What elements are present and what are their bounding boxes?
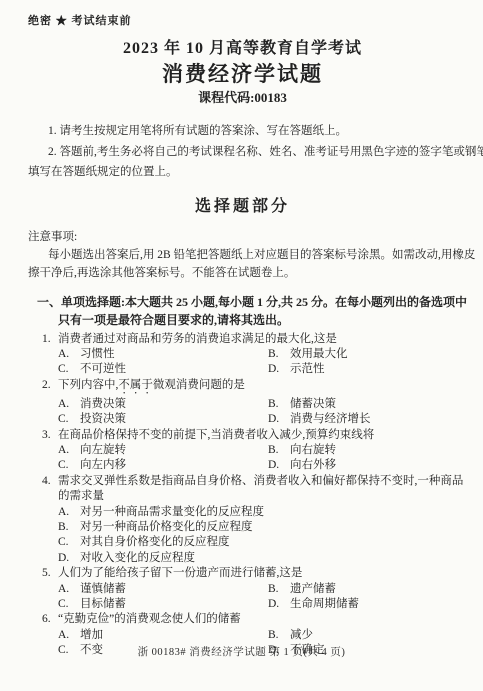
question-2-stem: 2. 下列内容中,不属于微观消费问题的是 [28, 378, 457, 397]
stem-post: 微观消费问题的是 [153, 379, 245, 391]
question-text: 人们为了能给孩子留下一份遗产而进行储蓄,这是 [58, 566, 302, 581]
option-text: 向左内移 [80, 459, 126, 471]
page-footer: 浙 00183# 消费经济学试题 第 1 页(共 4 页) [0, 644, 483, 659]
question-number: 1. [42, 332, 58, 347]
question-4-stem-line2: 的需求量 [28, 489, 457, 504]
stem-pre: 下列内容中, [58, 379, 118, 391]
question-3: 3. 在商品价格保持不变的前提下,当消费者收入减少,预算约束线将 A.向左旋转 … [28, 428, 457, 474]
option-label: A. [58, 505, 72, 520]
question-1-stem: 1. 消费者通过对商品和劳务的消费追求满足的最大化,这是 [28, 332, 457, 347]
question-4: 4. 需求交叉弹性系数是指商品自身价格、消费者收入和偏好都保持不变时,一种商品 … [28, 474, 457, 566]
option-c: C.向左内移 [58, 458, 268, 473]
option-text: 不可逆性 [80, 363, 126, 375]
option-label: C. [58, 412, 72, 427]
option-a: A.对另一种商品需求量变化的反应程度 [58, 505, 457, 520]
question-1: 1. 消费者通过对商品和劳务的消费追求满足的最大化,这是 A.习惯性 B.效用最… [28, 332, 457, 378]
paper-title: 消费经济学试题 [28, 62, 457, 88]
notes-label: 注意事项: [28, 228, 457, 246]
question-number: 5. [42, 566, 58, 581]
option-label: C. [58, 458, 72, 473]
course-code: 课程代码:00183 [28, 90, 457, 106]
option-text: 对收入变化的反应程度 [80, 552, 195, 564]
option-text: 投资决策 [80, 413, 126, 425]
part-one-heading-line1: 一、单项选择题:本大题共 25 小题,每小题 1 分,共 25 分。在每小题列出… [28, 293, 457, 311]
question-number: 2. [42, 378, 58, 397]
option-label: B. [268, 582, 282, 597]
option-c: C.目标储蓄 [58, 597, 268, 612]
option-text: 减少 [290, 629, 313, 641]
notes-block: 注意事项: 每小题选出答案后,用 2B 铅笔把答题纸上对应题目的答案标号涂黑。如… [28, 228, 457, 282]
option-text: 遗产储蓄 [290, 583, 336, 595]
question-5: 5. 人们为了能给孩子留下一份遗产而进行储蓄,这是 A.谨慎储蓄 B.遗产储蓄 … [28, 566, 457, 612]
option-label: A. [58, 443, 72, 458]
question-3-options: A.向左旋转 B.向右旋转 C.向左内移 D.向右外移 [58, 443, 457, 474]
question-text: 下列内容中,不属于微观消费问题的是 [58, 378, 245, 397]
option-label: A. [58, 397, 72, 412]
option-label: D. [268, 458, 282, 473]
option-b: B.效用最大化 [268, 347, 457, 362]
instruction-2-line1: 2. 答题前,考生务必将自己的考试课程名称、姓名、准考证号用黑色字迹的签字笔或钢… [28, 142, 457, 163]
question-4-stem: 4. 需求交叉弹性系数是指商品自身价格、消费者收入和偏好都保持不变时,一种商品 [28, 474, 457, 489]
option-label: D. [268, 362, 282, 377]
question-text: “克勤克俭”的消费观念使人们的储蓄 [58, 612, 241, 627]
question-1-options: A.习惯性 B.效用最大化 C.不可逆性 D.示范性 [58, 347, 457, 378]
question-text: 需求交叉弹性系数是指商品自身价格、消费者收入和偏好都保持不变时,一种商品 [58, 474, 463, 489]
option-d: D.生命周期储蓄 [268, 597, 457, 612]
stem-emphasized: 不属于 [118, 379, 153, 391]
question-2: 2. 下列内容中,不属于微观消费问题的是 A.消费决策 B.储蓄决策 C.投资决… [28, 378, 457, 428]
question-number: 4. [42, 474, 58, 489]
option-text: 消费与经济增长 [290, 413, 371, 425]
option-d: D.消费与经济增长 [268, 412, 457, 427]
option-label: D. [268, 597, 282, 612]
option-label: D. [58, 551, 72, 566]
option-c: C.对其自身价格变化的反应程度 [58, 535, 457, 550]
option-c: C.投资决策 [58, 412, 268, 427]
option-label: B. [268, 443, 282, 458]
instruction-1: 1. 请考生按规定用笔将所有试题的答案涂、写在答题纸上。 [28, 121, 457, 142]
question-number: 3. [42, 428, 58, 443]
option-a: A.向左旋转 [58, 443, 268, 458]
question-4-options: A.对另一种商品需求量变化的反应程度 B.对另一种商品价格变化的反应程度 C.对… [58, 505, 457, 567]
option-b: B.遗产储蓄 [268, 582, 457, 597]
question-5-options: A.谨慎储蓄 B.遗产储蓄 C.目标储蓄 D.生命周期储蓄 [58, 582, 457, 613]
option-label: B. [268, 347, 282, 362]
option-label: C. [58, 597, 72, 612]
notes-body-line1: 每小题选出答案后,用 2B 铅笔把答题纸上对应题目的答案标号涂黑。如需改动,用橡… [28, 246, 457, 264]
option-label: C. [58, 362, 72, 377]
option-d: D.示范性 [268, 362, 457, 377]
section-heading: 选择题部分 [28, 197, 457, 217]
option-text: 效用最大化 [290, 348, 348, 360]
option-b: B.对另一种商品价格变化的反应程度 [58, 520, 457, 535]
exam-session-title: 2023 年 10 月高等教育自学考试 [28, 39, 457, 59]
option-label: C. [58, 535, 72, 550]
option-label: B. [268, 397, 282, 412]
option-label: B. [58, 520, 72, 535]
question-5-stem: 5. 人们为了能给孩子留下一份遗产而进行储蓄,这是 [28, 566, 457, 581]
question-list: 1. 消费者通过对商品和劳务的消费追求满足的最大化,这是 A.习惯性 B.效用最… [28, 332, 457, 659]
question-3-stem: 3. 在商品价格保持不变的前提下,当消费者收入减少,预算约束线将 [28, 428, 457, 443]
question-text: 在商品价格保持不变的前提下,当消费者收入减少,预算约束线将 [58, 428, 374, 443]
question-text: 消费者通过对商品和劳务的消费追求满足的最大化,这是 [58, 332, 337, 347]
option-text: 增加 [80, 629, 103, 641]
question-number: 6. [42, 612, 58, 627]
part-one-heading: 一、单项选择题:本大题共 25 小题,每小题 1 分,共 25 分。在每小题列出… [28, 293, 457, 329]
option-label: A. [58, 347, 72, 362]
option-label: A. [58, 628, 72, 643]
option-label: B. [268, 628, 282, 643]
option-a: A.增加 [58, 628, 268, 643]
option-text: 消费决策 [80, 398, 126, 410]
question-2-options: A.消费决策 B.储蓄决策 C.投资决策 D.消费与经济增长 [58, 397, 457, 428]
option-b: B.储蓄决策 [268, 397, 457, 412]
option-b: B.向右旋转 [268, 443, 457, 458]
option-text: 储蓄决策 [290, 398, 336, 410]
option-label: D. [268, 412, 282, 427]
option-text: 向左旋转 [80, 444, 126, 456]
option-text: 对另一种商品需求量变化的反应程度 [80, 506, 264, 518]
option-c: C.不可逆性 [58, 362, 268, 377]
option-text: 向右旋转 [290, 444, 336, 456]
notes-body-line2: 擦干净后,再选涂其他答案标号。不能答在试题卷上。 [28, 264, 457, 282]
option-a: A.谨慎储蓄 [58, 582, 268, 597]
general-instructions: 1. 请考生按规定用笔将所有试题的答案涂、写在答题纸上。 2. 答题前,考生务必… [28, 121, 457, 183]
option-a: A.消费决策 [58, 397, 268, 412]
option-label: A. [58, 582, 72, 597]
option-text: 习惯性 [80, 348, 115, 360]
instruction-2-line2: 填写在答题纸规定的位置上。 [28, 162, 457, 183]
option-d: D.向右外移 [268, 458, 457, 473]
option-text: 向右外移 [290, 459, 336, 471]
option-a: A.习惯性 [58, 347, 268, 362]
option-text: 对其自身价格变化的反应程度 [80, 536, 230, 548]
option-text: 对另一种商品价格变化的反应程度 [80, 521, 253, 533]
option-b: B.减少 [268, 628, 457, 643]
option-d: D.对收入变化的反应程度 [58, 551, 457, 566]
option-text: 目标储蓄 [80, 598, 126, 610]
security-classification: 绝密 ★ 考试结束前 [28, 14, 457, 28]
question-6-stem: 6. “克勤克俭”的消费观念使人们的储蓄 [28, 612, 457, 627]
part-one-heading-line2: 只有一项是最符合题目要求的,请将其选出。 [28, 311, 457, 329]
option-text: 生命周期储蓄 [290, 598, 359, 610]
exam-page: 绝密 ★ 考试结束前 2023 年 10 月高等教育自学考试 消费经济学试题 课… [0, 0, 483, 659]
option-text: 示范性 [290, 363, 325, 375]
option-text: 谨慎储蓄 [80, 583, 126, 595]
